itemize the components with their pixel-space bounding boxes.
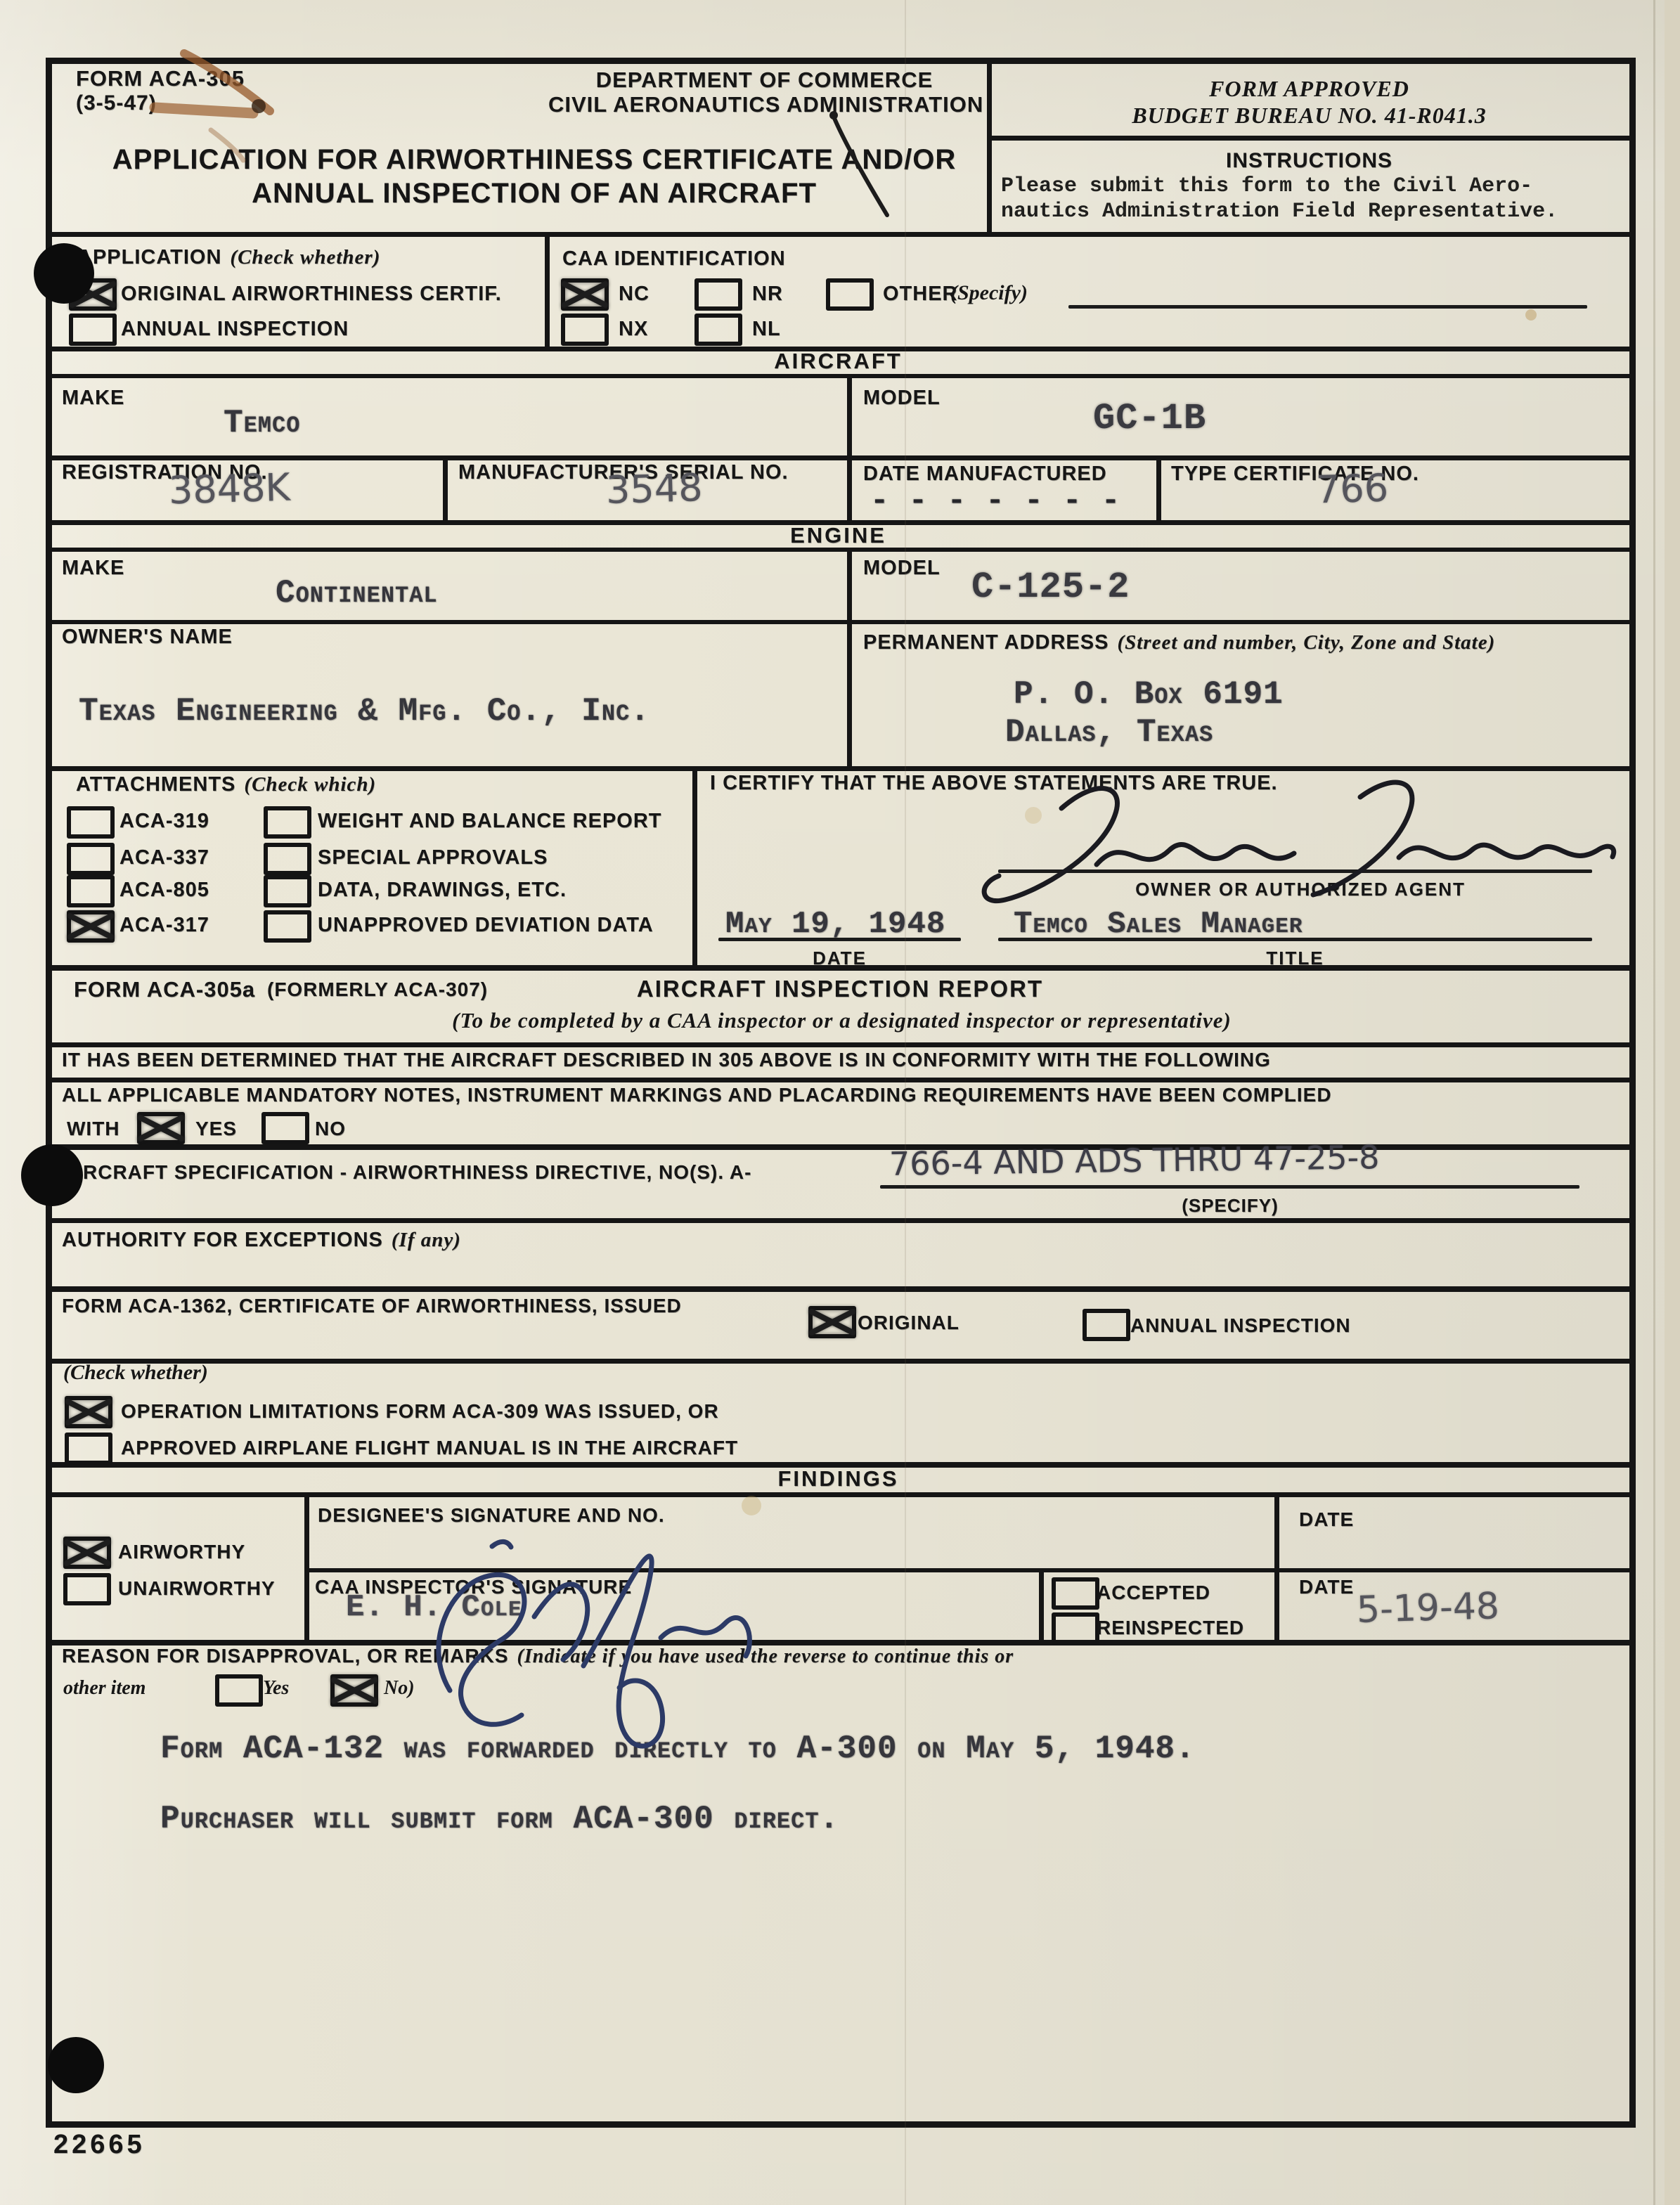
owner-name-label: OWNER'S NAME <box>62 626 233 649</box>
engine-make-value: Continental <box>276 575 438 612</box>
divider <box>1156 455 1161 525</box>
divider <box>304 1568 1636 1572</box>
divider <box>46 1078 1636 1082</box>
other-specify-input-line[interactable] <box>1068 305 1587 309</box>
divider <box>46 1144 1636 1150</box>
accepted-label: ACCEPTED <box>1097 1582 1210 1604</box>
checkbox-data-drawings[interactable] <box>264 875 311 907</box>
owner-signature-caption: OWNER OR AUTHORIZED AGENT <box>1040 879 1561 900</box>
form-revision-date: (3-5-47) <box>76 91 157 115</box>
inspection-formerly: (FORMERLY ACA-307) <box>267 978 488 1001</box>
department-line2: CIVIL AERONAUTICS ADMINISTRATION <box>548 92 981 117</box>
checkbox-reinspected[interactable] <box>1052 1612 1099 1645</box>
authority-exceptions-hint: (If any) <box>392 1229 461 1251</box>
owner-name-value: Texas Engineering & Mfg. Co., Inc. <box>79 693 650 730</box>
divider <box>443 455 448 525</box>
type-certificate-value: 766 <box>1315 466 1389 512</box>
checkbox-unairworthy[interactable] <box>63 1573 111 1605</box>
certification-title-line[interactable] <box>998 938 1592 941</box>
aircraft-make-label: MAKE <box>62 387 124 410</box>
permanent-address-hint: (Street and number, City, Zone and State… <box>1117 631 1495 654</box>
divider <box>46 1218 1636 1223</box>
divider <box>46 374 1636 378</box>
operation-limitations-label: OPERATION LIMITATIONS FORM ACA-309 WAS I… <box>121 1400 719 1423</box>
owner-address-line1: P. O. Box 6191 <box>1014 676 1284 713</box>
engine-model-value: C-125-2 <box>971 567 1130 608</box>
certify-statement: I CERTIFY THAT THE ABOVE STATEMENTS ARE … <box>710 772 1278 795</box>
owner-signature-line[interactable] <box>998 869 1592 873</box>
certification-date-value: May 19, 1948 <box>725 907 945 942</box>
scan-edge-strip <box>1665 0 1680 2205</box>
checkbox-aca-319[interactable] <box>67 806 115 839</box>
authority-exceptions-label: AUTHORITY FOR EXCEPTIONS <box>62 1229 383 1251</box>
divider <box>847 374 852 525</box>
aca-805-label: ACA-805 <box>119 879 209 902</box>
determination-statement: IT HAS BEEN DETERMINED THAT THE AIRCRAFT… <box>62 1049 1271 1071</box>
annual-inspection-label: ANNUAL INSPECTION <box>121 318 349 341</box>
checkbox-nx[interactable] <box>561 313 609 346</box>
nx-label: NX <box>619 318 648 341</box>
findings-section-title: FINDINGS <box>46 1466 1631 1492</box>
hole-punch-dot <box>34 243 94 304</box>
owner-address-line2: Dallas, Texas <box>1005 714 1213 751</box>
paper-crease <box>905 0 906 2205</box>
divider <box>304 1492 309 1644</box>
inspector-typed-name: E. H. Cole <box>346 1590 522 1625</box>
certification-date-line[interactable] <box>718 938 961 941</box>
remarks-no-label: No) <box>384 1677 415 1700</box>
remarks-label: REASON FOR DISAPPROVAL, OR REMARKS <box>62 1645 509 1667</box>
other-specify-hint: (Specify) <box>950 281 1028 305</box>
checkbox-unapproved-deviation[interactable] <box>264 910 311 943</box>
registration-value: 3848K <box>168 465 291 513</box>
divider <box>46 455 1636 460</box>
hole-punch-dot <box>21 1144 83 1206</box>
checkbox-weight-balance[interactable] <box>264 806 311 839</box>
paper-stain <box>1525 309 1537 321</box>
designee-date-label: DATE <box>1299 1508 1354 1531</box>
checkbox-remarks-yes[interactable] <box>215 1674 263 1707</box>
inspection-title: AIRCRAFT INSPECTION REPORT <box>587 976 1093 1002</box>
checkbox-annual-inspection[interactable] <box>69 313 117 346</box>
form-approved-line1: FORM APPROVED <box>991 76 1627 102</box>
checkbox-aca-805[interactable] <box>67 875 115 907</box>
divider <box>1274 1492 1279 1644</box>
checkbox-airworthy[interactable] <box>63 1537 111 1569</box>
stamp-number: 22665 <box>53 2130 146 2160</box>
remarks-other-item: other item <box>63 1677 146 1700</box>
special-approvals-label: SPECIAL APPROVALS <box>318 846 548 869</box>
paper-stain <box>1025 807 1042 824</box>
checkbox-remarks-no[interactable] <box>330 1674 378 1707</box>
compliance-yes-label: YES <box>195 1118 237 1140</box>
date-manufactured-label: DATE MANUFACTURED <box>863 463 1107 486</box>
issued-original-label: ORIGINAL <box>858 1312 959 1334</box>
page-title-line1: APPLICATION FOR AIRWORTHINESS CERTIFICAT… <box>70 144 998 176</box>
divider <box>847 548 852 771</box>
checkbox-other[interactable] <box>826 278 874 311</box>
airworthy-label: AIRWORTHY <box>118 1541 245 1563</box>
paper-crease <box>1653 0 1655 2205</box>
page-title-line2: ANNUAL INSPECTION OF AN AIRCRAFT <box>70 178 998 209</box>
aircraft-model-value: GC-1B <box>1093 398 1206 439</box>
aca-337-label: ACA-337 <box>119 846 209 869</box>
divider <box>46 232 1636 237</box>
data-drawings-label: DATA, DRAWINGS, ETC. <box>318 879 567 902</box>
inspection-date-label: DATE <box>1299 1576 1354 1598</box>
aircraft-make-value: Temco <box>224 405 300 441</box>
nl-label: NL <box>752 318 781 341</box>
unairworthy-label: UNAIRWORTHY <box>118 1577 276 1600</box>
aca-317-label: ACA-317 <box>119 914 209 937</box>
checkbox-nl[interactable] <box>694 313 742 346</box>
certification-date-caption: DATE <box>718 948 961 969</box>
divider <box>545 232 550 351</box>
aca-1362-label: FORM ACA-1362, CERTIFICATE OF AIRWORTHIN… <box>62 1295 682 1317</box>
flight-manual-label: APPROVED AIRPLANE FLIGHT MANUAL IS IN TH… <box>121 1437 738 1459</box>
form-approved-line2: BUDGET BUREAU NO. 41-R041.3 <box>991 103 1627 129</box>
divider <box>46 1359 1636 1364</box>
certification-title-caption: TITLE <box>998 948 1592 969</box>
remarks-typed-line2: Purchaser will submit form ACA-300 direc… <box>160 1801 839 1837</box>
remarks-yes-label: Yes <box>263 1677 289 1700</box>
checkbox-aca-337[interactable] <box>67 843 115 875</box>
checkbox-nc[interactable] <box>561 278 609 311</box>
application-hint: (Check whether) <box>230 246 380 269</box>
date-manufactured-value: - - - - - - - <box>870 484 1120 519</box>
attachments-label: ATTACHMENTS <box>76 773 235 796</box>
department-line1: DEPARTMENT OF COMMERCE <box>548 67 981 93</box>
engine-model-label: MODEL <box>863 557 941 580</box>
compliance-no-label: NO <box>315 1118 346 1140</box>
checkbox-compliance-no[interactable] <box>261 1112 309 1144</box>
inspection-date-value: 5-19-48 <box>1356 1585 1500 1631</box>
aca-319-label: ACA-319 <box>119 810 209 833</box>
checkbox-special-approvals[interactable] <box>264 843 311 875</box>
original-airworthiness-label: ORIGINAL AIRWORTHINESS CERTIF. <box>121 283 502 306</box>
attachments-label-block: ATTACHMENTS(Check which) <box>76 773 376 796</box>
checkbox-nr[interactable] <box>694 278 742 311</box>
specify-caption: (SPECIFY) <box>1125 1195 1336 1217</box>
divider <box>46 58 1636 64</box>
reinspected-label: REINSPECTED <box>1097 1617 1244 1639</box>
spec-directive-value: 766-4 AND ADS THRU 47-25-8 <box>889 1138 1380 1183</box>
checkbox-aca-317[interactable] <box>67 910 115 943</box>
divider <box>46 1286 1636 1292</box>
inspection-subtitle: (To be completed by a CAA inspector or a… <box>239 1008 1445 1033</box>
spec-directive-line[interactable] <box>880 1185 1579 1189</box>
aircraft-section-title: AIRCRAFT <box>46 349 1631 374</box>
spec-directive-label: AIRCRAFT SPECIFICATION - AIRWORTHINESS D… <box>62 1161 751 1184</box>
divider <box>46 1042 1636 1047</box>
checkbox-operation-limitations[interactable] <box>65 1396 112 1428</box>
paper-stain <box>742 1496 761 1515</box>
attachments-hint: (Check which) <box>244 773 376 796</box>
divider <box>46 2121 1636 2128</box>
remarks-label-block: REASON FOR DISAPPROVAL, OR REMARKS(Indic… <box>62 1645 1014 1668</box>
engine-section-title: ENGINE <box>46 523 1631 548</box>
divider <box>46 1492 1636 1497</box>
serial-value: 3548 <box>605 465 703 512</box>
checkbox-accepted[interactable] <box>1052 1577 1099 1610</box>
nc-label: NC <box>619 283 650 306</box>
checkbox-issued-annual[interactable] <box>1083 1309 1130 1341</box>
aircraft-model-label: MODEL <box>863 387 941 410</box>
divider <box>46 620 1636 624</box>
engine-make-label: MAKE <box>62 557 124 580</box>
designee-signature-label: DESIGNEE'S SIGNATURE AND NO. <box>318 1504 665 1527</box>
issued-annual-label: ANNUAL INSPECTION <box>1130 1314 1351 1337</box>
permanent-address-label: PERMANENT ADDRESS <box>863 631 1109 654</box>
instructions-title: INSTRUCTIONS <box>991 149 1627 173</box>
certification-title-value: Temco Sales Manager <box>1014 907 1303 942</box>
inspection-form-no: FORM ACA-305a <box>74 977 255 1002</box>
instructions-body-line1: Please submit this form to the Civil Aer… <box>1001 174 1532 198</box>
caa-identification-label: CAA IDENTIFICATION <box>562 247 786 271</box>
permanent-address-label-block: PERMANENT ADDRESS(Street and number, Cit… <box>863 630 1622 657</box>
divider <box>1039 1568 1044 1644</box>
remarks-hint: (Indicate if you have used the reverse t… <box>517 1645 1014 1667</box>
unapproved-deviation-label: UNAPPROVED DEVIATION DATA <box>318 914 654 937</box>
instructions-body-line2: nautics Administration Field Representat… <box>1001 200 1558 224</box>
check-whether-hint: (Check whether) <box>63 1361 208 1385</box>
scanned-form-page: FORM ACA-305 (3-5-47) DEPARTMENT OF COMM… <box>0 0 1680 2205</box>
divider <box>46 766 1636 771</box>
checkbox-compliance-yes[interactable] <box>137 1112 185 1144</box>
application-section-label: APPLICATION(Check whether) <box>77 246 380 269</box>
weight-balance-label: WEIGHT AND BALANCE REPORT <box>318 810 662 833</box>
form-number: FORM ACA-305 <box>76 66 245 91</box>
checkbox-flight-manual[interactable] <box>65 1433 112 1465</box>
compliance-with-label: WITH <box>67 1118 120 1140</box>
nr-label: NR <box>752 283 783 306</box>
remarks-typed-line1: Form ACA-132 was forwarded directly to A… <box>160 1731 1196 1767</box>
other-label: OTHER <box>883 283 958 306</box>
checkbox-issued-original[interactable] <box>808 1306 856 1338</box>
divider <box>692 766 697 970</box>
compliance-statement: ALL APPLICABLE MANDATORY NOTES, INSTRUME… <box>62 1084 1332 1106</box>
hole-punch-dot <box>48 2037 104 2093</box>
authority-exceptions-block: AUTHORITY FOR EXCEPTIONS(If any) <box>62 1229 461 1252</box>
application-label: APPLICATION <box>77 246 221 269</box>
divider <box>987 136 1636 141</box>
